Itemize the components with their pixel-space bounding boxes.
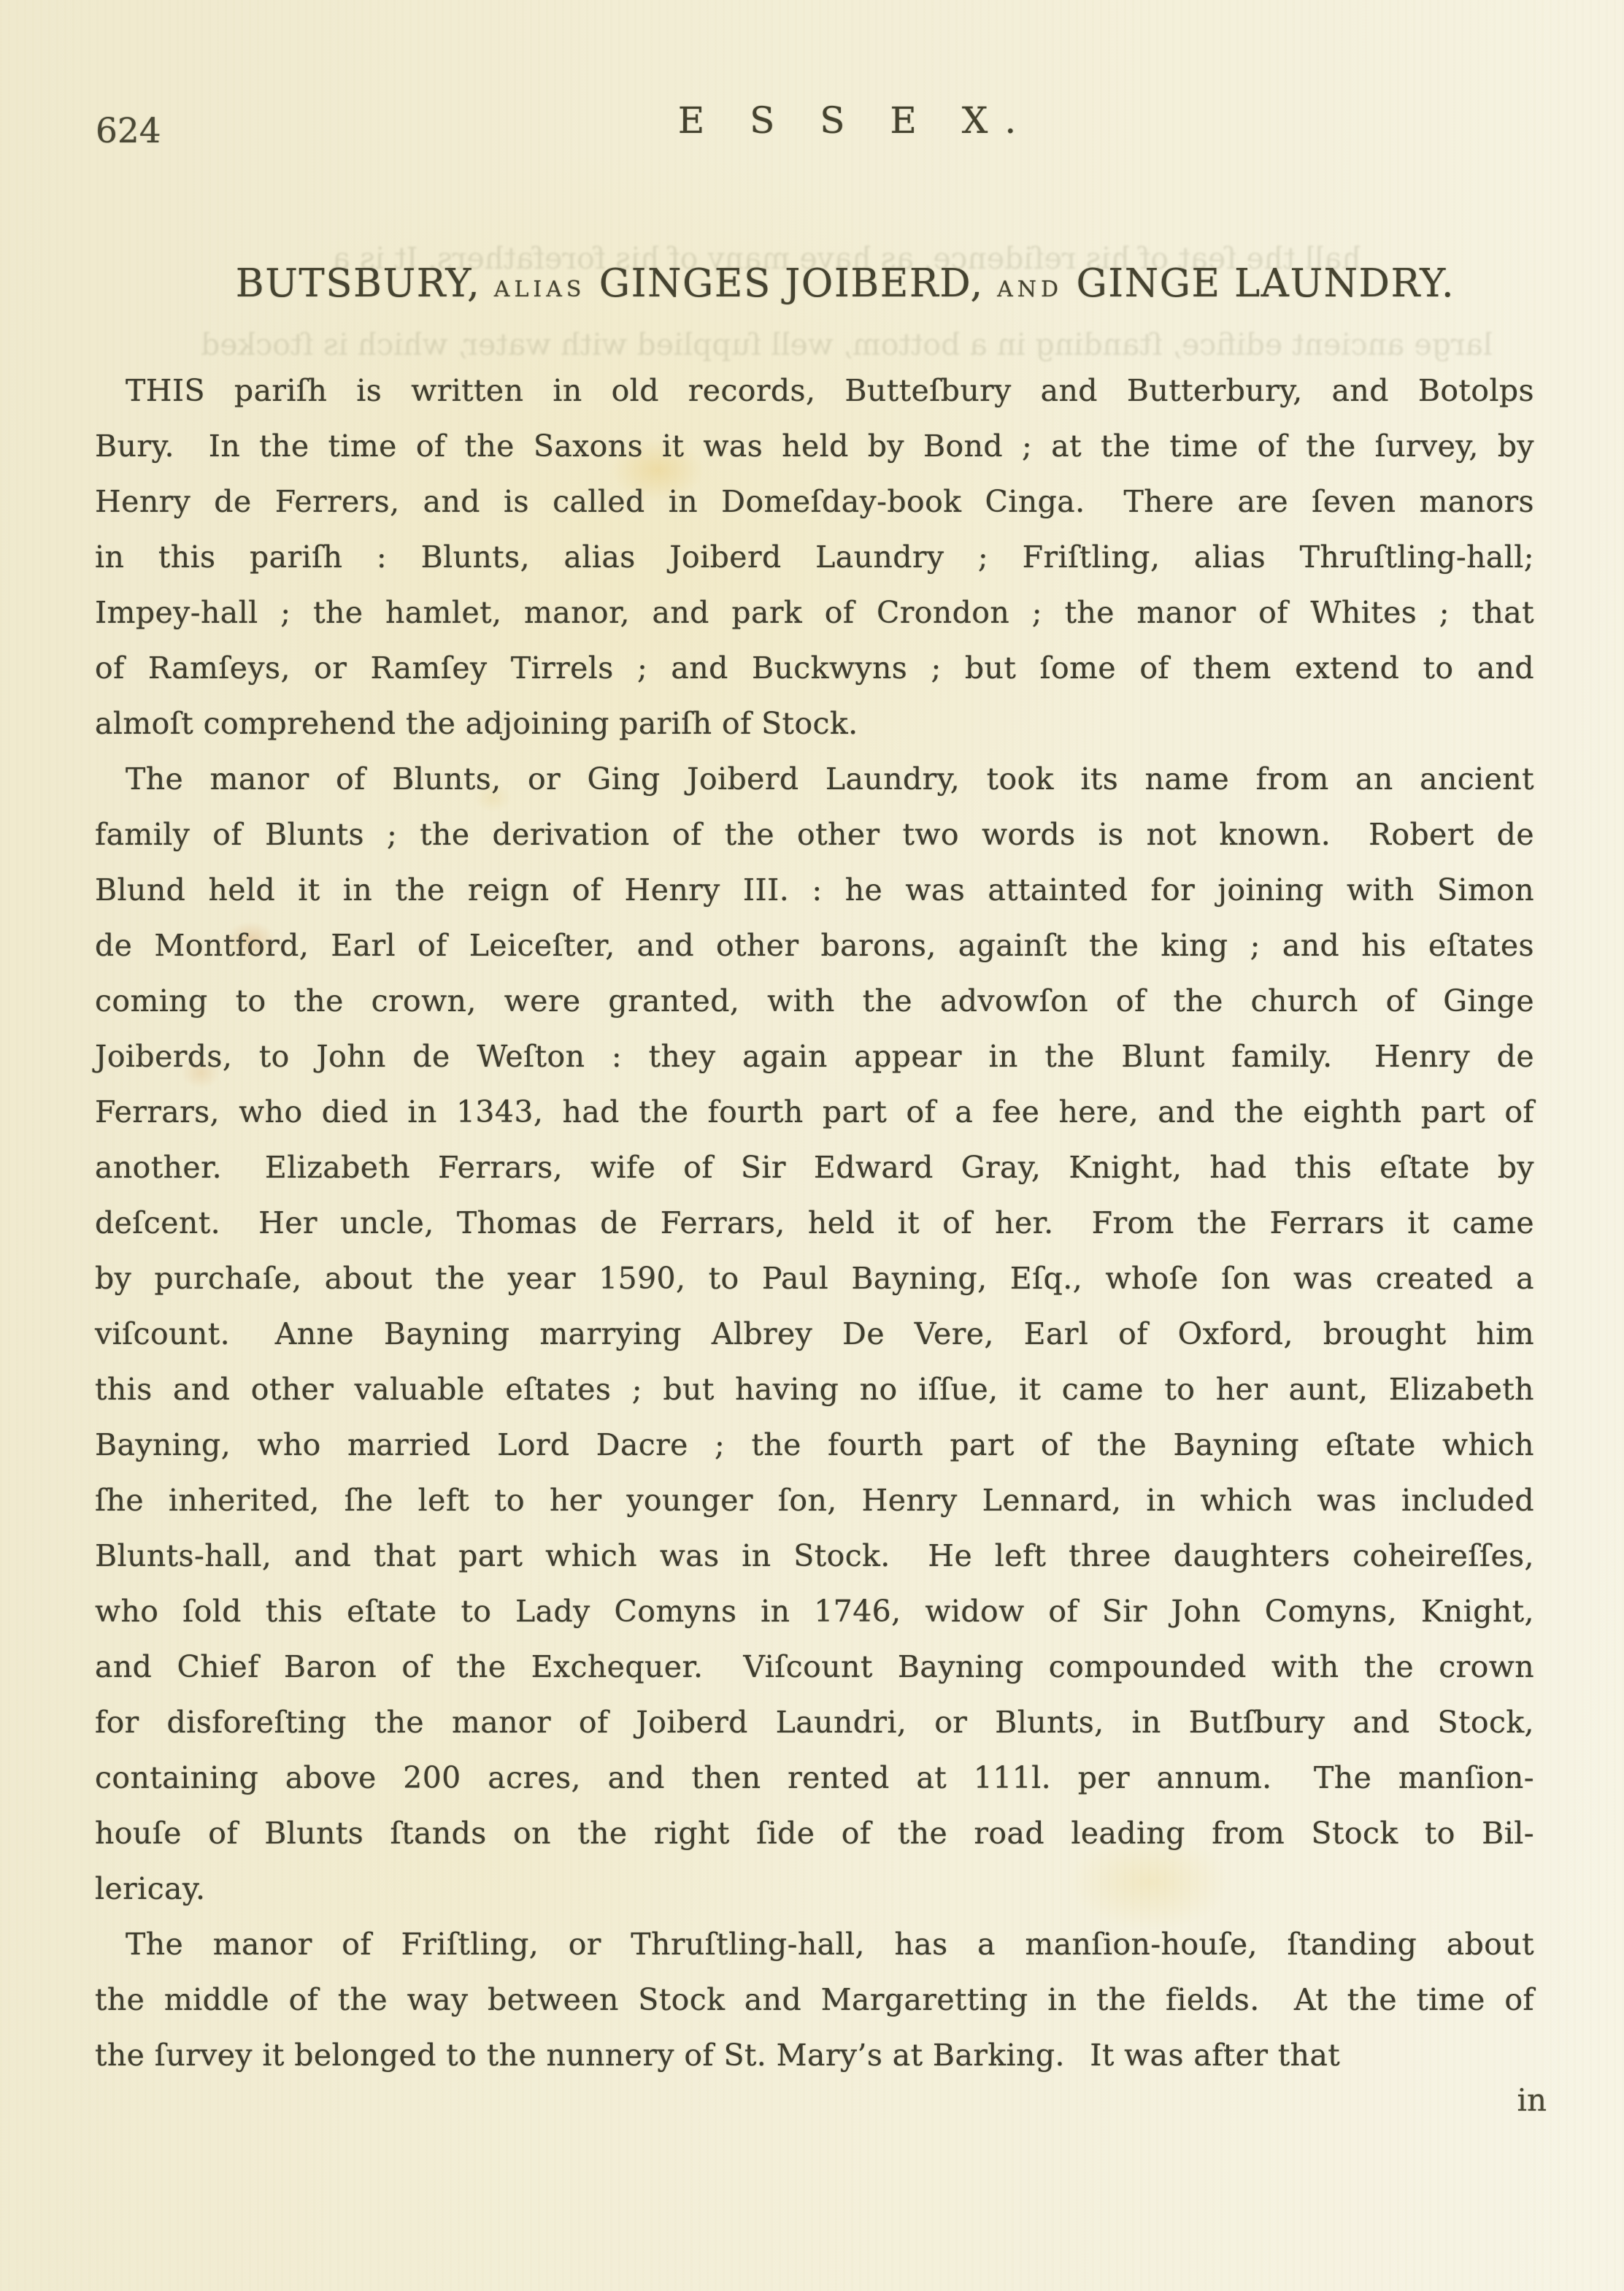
text-line: deſcent. Her uncle, Thomas de Ferrars, h… <box>95 1195 1534 1251</box>
page-number: 624 <box>96 114 161 148</box>
title-name: GINGE LAUNDRY. <box>1076 261 1455 306</box>
show-through-line-bottom: large ancient edifice, ſtanding in a bot… <box>201 330 1493 360</box>
text-line: de Montford, Earl of Leiceſter, and othe… <box>95 918 1534 973</box>
text-line: THIS pariſh is written in old records, B… <box>95 363 1534 418</box>
text-line: lericay. <box>95 1861 1534 1916</box>
text-line: Ferrars, who died in 1343, had the fourt… <box>95 1084 1534 1140</box>
text-line: who ſold this eſtate to Lady Comyns in 1… <box>95 1584 1534 1639</box>
running-header: E S S E X. <box>678 102 1034 139</box>
title-connector: alias <box>494 268 586 304</box>
text-line: the middle of the way between Stock and … <box>95 1972 1534 2027</box>
book-page: 624 E S S E X. hall the ſeat of his reſi… <box>0 0 1624 2291</box>
text-line: the ſurvey it belonged to the nunnery of… <box>95 2027 1534 2083</box>
text-line: Blund held it in the reign of Henry III.… <box>95 862 1534 918</box>
text-line: houſe of Blunts ſtands on the right ſide… <box>95 1805 1534 1861</box>
text-line: in this pariſh : Blunts, alias Joiberd L… <box>95 529 1534 585</box>
text-line: Henry de Ferrers, and is called in Domeſ… <box>95 474 1534 529</box>
text-line: Impey-hall ; the hamlet, manor, and park… <box>95 585 1534 640</box>
text-line: of Ramſeys, or Ramſey Tirrels ; and Buck… <box>95 640 1534 696</box>
body-text: THIS pariſh is written in old records, B… <box>95 363 1534 2083</box>
text-line: and Chief Baron of the Exchequer. Viſcou… <box>95 1639 1534 1695</box>
text-line: by purchaſe, about the year 1590, to Pau… <box>95 1251 1534 1306</box>
text-line: coming to the crown, were granted, with … <box>95 973 1534 1029</box>
text-line: Blunts-hall, and that part which was in … <box>95 1528 1534 1584</box>
text-line: The manor of Friſtling, or Thruſtling-ha… <box>95 1916 1534 1972</box>
text-line: for disforeſting the manor of Joiberd La… <box>95 1695 1534 1750</box>
catchword: in <box>1517 2085 1547 2116</box>
title-name: BUTSBURY, <box>236 261 481 306</box>
text-line: viſcount. Anne Bayning marrying Albrey D… <box>95 1306 1534 1362</box>
text-line: Bayning, who married Lord Dacre ; the fo… <box>95 1417 1534 1473</box>
text-line: Bury. In the time of the Saxons it was h… <box>95 418 1534 474</box>
text-line: family of Blunts ; the derivation of the… <box>95 807 1534 862</box>
text-line: this and other valuable eſtates ; but ha… <box>95 1362 1534 1417</box>
text-line: Joiberds, to John de Weſton : they again… <box>95 1029 1534 1084</box>
section-title: BUTSBURY, alias GINGES JOIBERD, and GING… <box>236 264 1455 303</box>
text-line: ſhe inherited, ſhe left to her younger ſ… <box>95 1473 1534 1528</box>
title-connector: and <box>997 268 1063 304</box>
text-line: containing above 200 acres, and then ren… <box>95 1750 1534 1805</box>
text-line: The manor of Blunts, or Ging Joiberd Lau… <box>95 751 1534 807</box>
text-line: another. Elizabeth Ferrars, wife of Sir … <box>95 1140 1534 1195</box>
text-line: almoſt comprehend the adjoining pariſh o… <box>95 696 1534 751</box>
title-name: GINGES JOIBERD, <box>599 261 984 306</box>
